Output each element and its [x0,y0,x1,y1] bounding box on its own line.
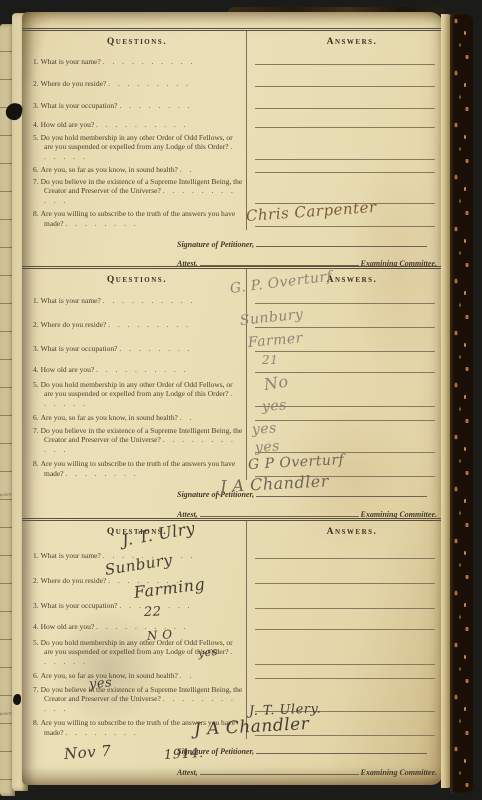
question-number: 1. [33,296,39,305]
dot-leader: . . . . . . . . [65,219,136,228]
dot-leader: . . . . . . . . . . [96,622,187,631]
handwriting-willing: yes [254,438,280,456]
answer-line [255,327,435,328]
question-text: What is your occupation? [41,601,118,610]
question-row: 8.Are you willing to subscribe to the tr… [22,207,443,230]
question-number: 1. [33,57,39,66]
attest-line [200,508,359,517]
examining-committee-label: Examining Committee. [361,768,437,777]
attest-row: Attest,Examining Committee. [22,508,443,518]
answers-header: Answers. [327,275,378,285]
question-row: 2.Where do you reside? . . . . . . . . . [22,307,443,331]
question-row: 6.Are you, so far as you know, in sound … [22,163,443,176]
question-row: 5.Do you hold membership in any other Or… [22,376,443,410]
question-number: 8. [33,209,39,218]
question-text: Do you hold membership in any other Orde… [41,380,233,398]
question-text: Where do you reside? [41,576,107,585]
question-text: How old are you? [41,365,95,374]
question-row: 6.Are you, so far as you know, in sound … [22,410,443,424]
questions-header: Questions. [107,275,167,285]
answer-line [255,629,435,630]
question-row: 6.Are you, so far as you know, in sound … [22,668,443,682]
question-row: 3.What is your occupation? . . . . . . .… [22,90,443,112]
question-number: 2. [33,79,39,88]
question-number: 3. [33,344,39,353]
question-number: 8. [33,718,39,727]
handwriting-age: 21 [262,353,278,367]
dot-leader: . . . . . . . . [119,101,190,110]
question-number: 4. [33,120,39,129]
question-number: 8. [33,459,39,468]
question-row: 1.What is your name? . . . . . . . . . . [22,48,443,68]
answers-header: Answers. [327,37,378,47]
handwriting-dated: Nov 7 [63,742,112,763]
dot-leader: . . . . . . . . . . [103,57,194,66]
answer-line [255,420,435,421]
answer-line [255,108,435,109]
question-row: 3.What is your occupation? . . . . . . .… [22,331,443,355]
attest-row: Attest,Examining Committee. [22,766,443,778]
signature-line [256,238,427,247]
question-text: Where do you reside? [41,320,107,329]
question-row: 5.Do you hold membership in any other Or… [22,131,443,163]
marbled-book-cover [450,13,473,794]
question-number: 2. [33,576,39,585]
open-book-photo: committee. committee. Questions. Answers… [0,0,482,800]
petition-form-3: Questions. Answers. 1.What is your name?… [22,518,443,785]
dot-leader: . . . . . . . . [119,344,190,353]
question-number: 4. [33,365,39,374]
answer-line [255,127,435,128]
question-row: 2.Where do you reside? . . . . . . . . . [22,68,443,90]
question-number: 3. [33,101,39,110]
question-row: 2.Where do you reside? . . . . . . . . . [22,562,443,587]
handwriting-membership: N O [147,627,174,643]
dated-row: Dated,18. [22,784,443,785]
petition-form-1: Questions. Answers. 1.What is your name?… [22,28,443,266]
handwriting-age: 22 [144,604,162,620]
form-header-row: Questions. Answers. [22,31,443,48]
question-text: What is your name? [41,57,101,66]
handwriting-health: yes [261,397,287,415]
petition-page: Questions. Answers. 1.What is your name?… [22,12,443,785]
question-row: 4.How old are you? . . . . . . . . . . [22,355,443,376]
question-number: 5. [33,380,39,389]
question-text: What is your name? [41,551,101,560]
question-row: 3.What is your occupation? . . . . . . .… [22,587,443,612]
question-row: 4.How old are you? . . . . . . . . . . [22,112,443,131]
question-row: 7.Do you believe in the existence of a S… [22,424,443,456]
question-number: 7. [33,685,39,694]
question-number: 6. [33,671,39,680]
answer-line [255,664,435,665]
dot-leader: . . . . . . . . . [108,79,189,88]
question-row: 7.Do you believe in the existence of a S… [22,176,443,207]
question-number: 7. [33,177,39,186]
dot-leader: . . [180,165,193,174]
handwriting-year: 1914. [164,746,204,763]
question-number: 7. [33,426,39,435]
attest-label: Attest, [177,768,198,777]
answer-line [255,608,435,609]
examining-committee-label: Examining Committee. [361,259,437,266]
answer-line [255,678,435,679]
answer-line [255,159,435,160]
handwriting-believe: yes [251,420,277,438]
question-row: 4.How old are you? . . . . . . . . . . [22,612,443,633]
attest-row: Attest,Examining Committee. [22,257,443,266]
ink-blot [13,694,21,705]
question-text: Are you, so far as you know, in sound he… [41,413,178,422]
question-row: 1.What is your name? . . . . . . . . . . [22,539,443,562]
signature-line [256,745,427,754]
handwriting-membership: No [263,372,290,394]
answer-line [255,226,435,227]
dot-leader: . . . . . . . . . [108,320,189,329]
dot-leader: . . . . . . . . . . [103,296,194,305]
question-number: 1. [33,551,39,560]
answer-line [255,303,435,304]
answers-header: Answers. [327,527,378,537]
question-text: What is your occupation? [41,101,118,110]
dot-leader: . . . . . . . . . . [96,120,187,129]
question-text: What is your name? [41,296,101,305]
question-text: How old are you? [41,120,95,129]
examining-committee-label: Examining Committee. [361,510,437,518]
answer-line [255,351,435,352]
form-header-row: Questions. Answers. [22,521,443,539]
question-text: Do you hold membership in any other Orde… [41,133,233,151]
dated-line [54,784,202,785]
signature-label: Signature of Petitioner, [177,240,254,249]
attest-label: Attest, [177,259,198,266]
answer-line [255,583,435,584]
question-row: 5.Do you hold membership in any other Or… [22,633,443,668]
answer-line [255,172,435,173]
dot-leader: . . . . . . . . [65,728,136,737]
question-number: 5. [33,133,39,142]
question-number: 4. [33,622,39,631]
question-number: 6. [33,413,39,422]
handwriting-believe: yes [88,675,112,692]
attest-label: Attest, [177,510,198,518]
answer-line [255,452,435,453]
question-number: 2. [33,320,39,329]
question-row: 7.Do you believe in the existence of a S… [22,682,443,715]
dot-leader: . . [180,671,193,680]
question-text: Where do you reside? [41,79,107,88]
dot-leader: . . . . . . . . [65,469,136,478]
question-text: What is your occupation? [41,344,118,353]
question-text: How old are you? [41,622,95,631]
dot-leader: . . [180,413,193,422]
petition-form-2: Questions. Answers. 1.What is your name?… [22,266,443,518]
question-number: 3. [33,601,39,610]
attest-line [200,766,359,775]
question-number: 6. [33,165,39,174]
year-line [214,784,240,785]
answer-line [255,64,435,65]
answer-line [255,558,435,559]
questions-header: Questions. [107,37,167,47]
attest-line [200,257,359,266]
answer-line [255,86,435,87]
question-number: 5. [33,638,39,647]
signature-row: Signature of Petitioner, [22,238,443,250]
dot-leader: . . . . . . . . . . [96,365,187,374]
handwriting-health: yes [197,645,218,660]
question-text: Are you, so far as you know, in sound he… [41,165,178,174]
